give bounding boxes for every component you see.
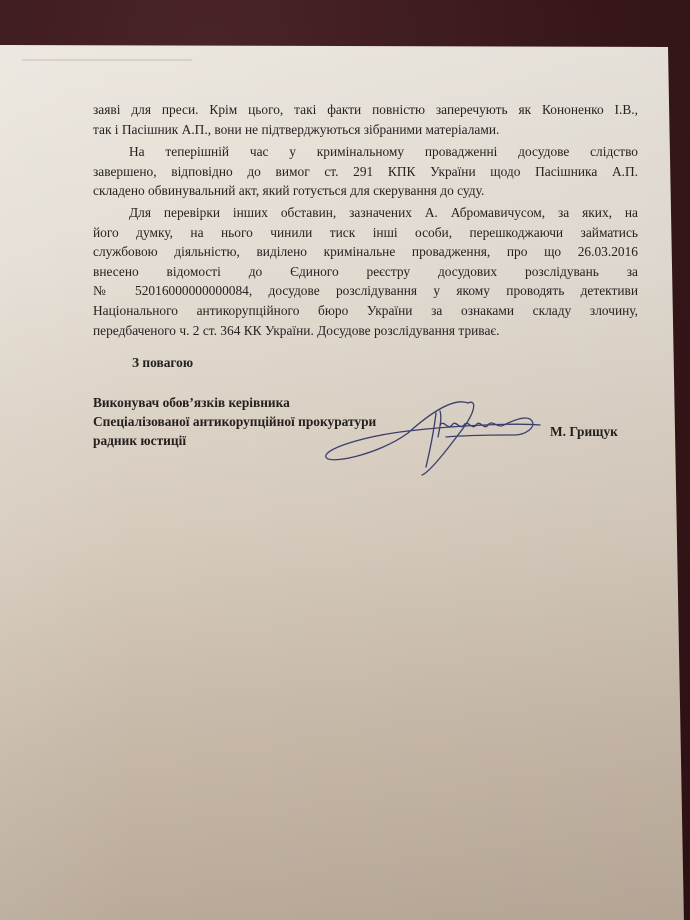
text-line: службовою діяльністю, виділено криміналь…: [93, 242, 638, 262]
paragraph-investigation-status: На теперішній час у кримінальному провад…: [93, 142, 638, 201]
signer-name: М. Грищук: [550, 424, 618, 440]
text-line: завершено, відповідно до вимог ст. 291 К…: [93, 162, 638, 182]
paragraph-other-circumstances: Для перевірки інших обставин, зазначених…: [93, 203, 638, 340]
paragraph-continuation: заяві для преси. Крім цього, такі факти …: [93, 100, 638, 139]
text-line: На теперішній час у кримінальному провад…: [93, 142, 638, 162]
text-line: передбаченого ч. 2 ст. 364 КК України. Д…: [93, 321, 638, 341]
closing-regards: З повагою: [132, 355, 193, 371]
text-line: № 52016000000000084, досудове розслідува…: [93, 281, 638, 301]
text-line: його думку, на нього чинили тиск інші ос…: [93, 223, 638, 243]
text-line: Національного антикорупційного бюро Укра…: [93, 301, 638, 321]
text-line: внесено відомості до Єдиного реєстру дос…: [93, 262, 638, 282]
handwritten-signature-icon: [318, 395, 553, 480]
paper-crease: [22, 59, 192, 61]
text-line: заяві для преси. Крім цього, такі факти …: [93, 100, 638, 120]
text-line: Для перевірки інших обставин, зазначених…: [93, 203, 638, 223]
text-line: так і Пасішник А.П., вони не підтверджую…: [93, 120, 638, 140]
text-line: складено обвинувальний акт, який готуєть…: [93, 181, 638, 201]
